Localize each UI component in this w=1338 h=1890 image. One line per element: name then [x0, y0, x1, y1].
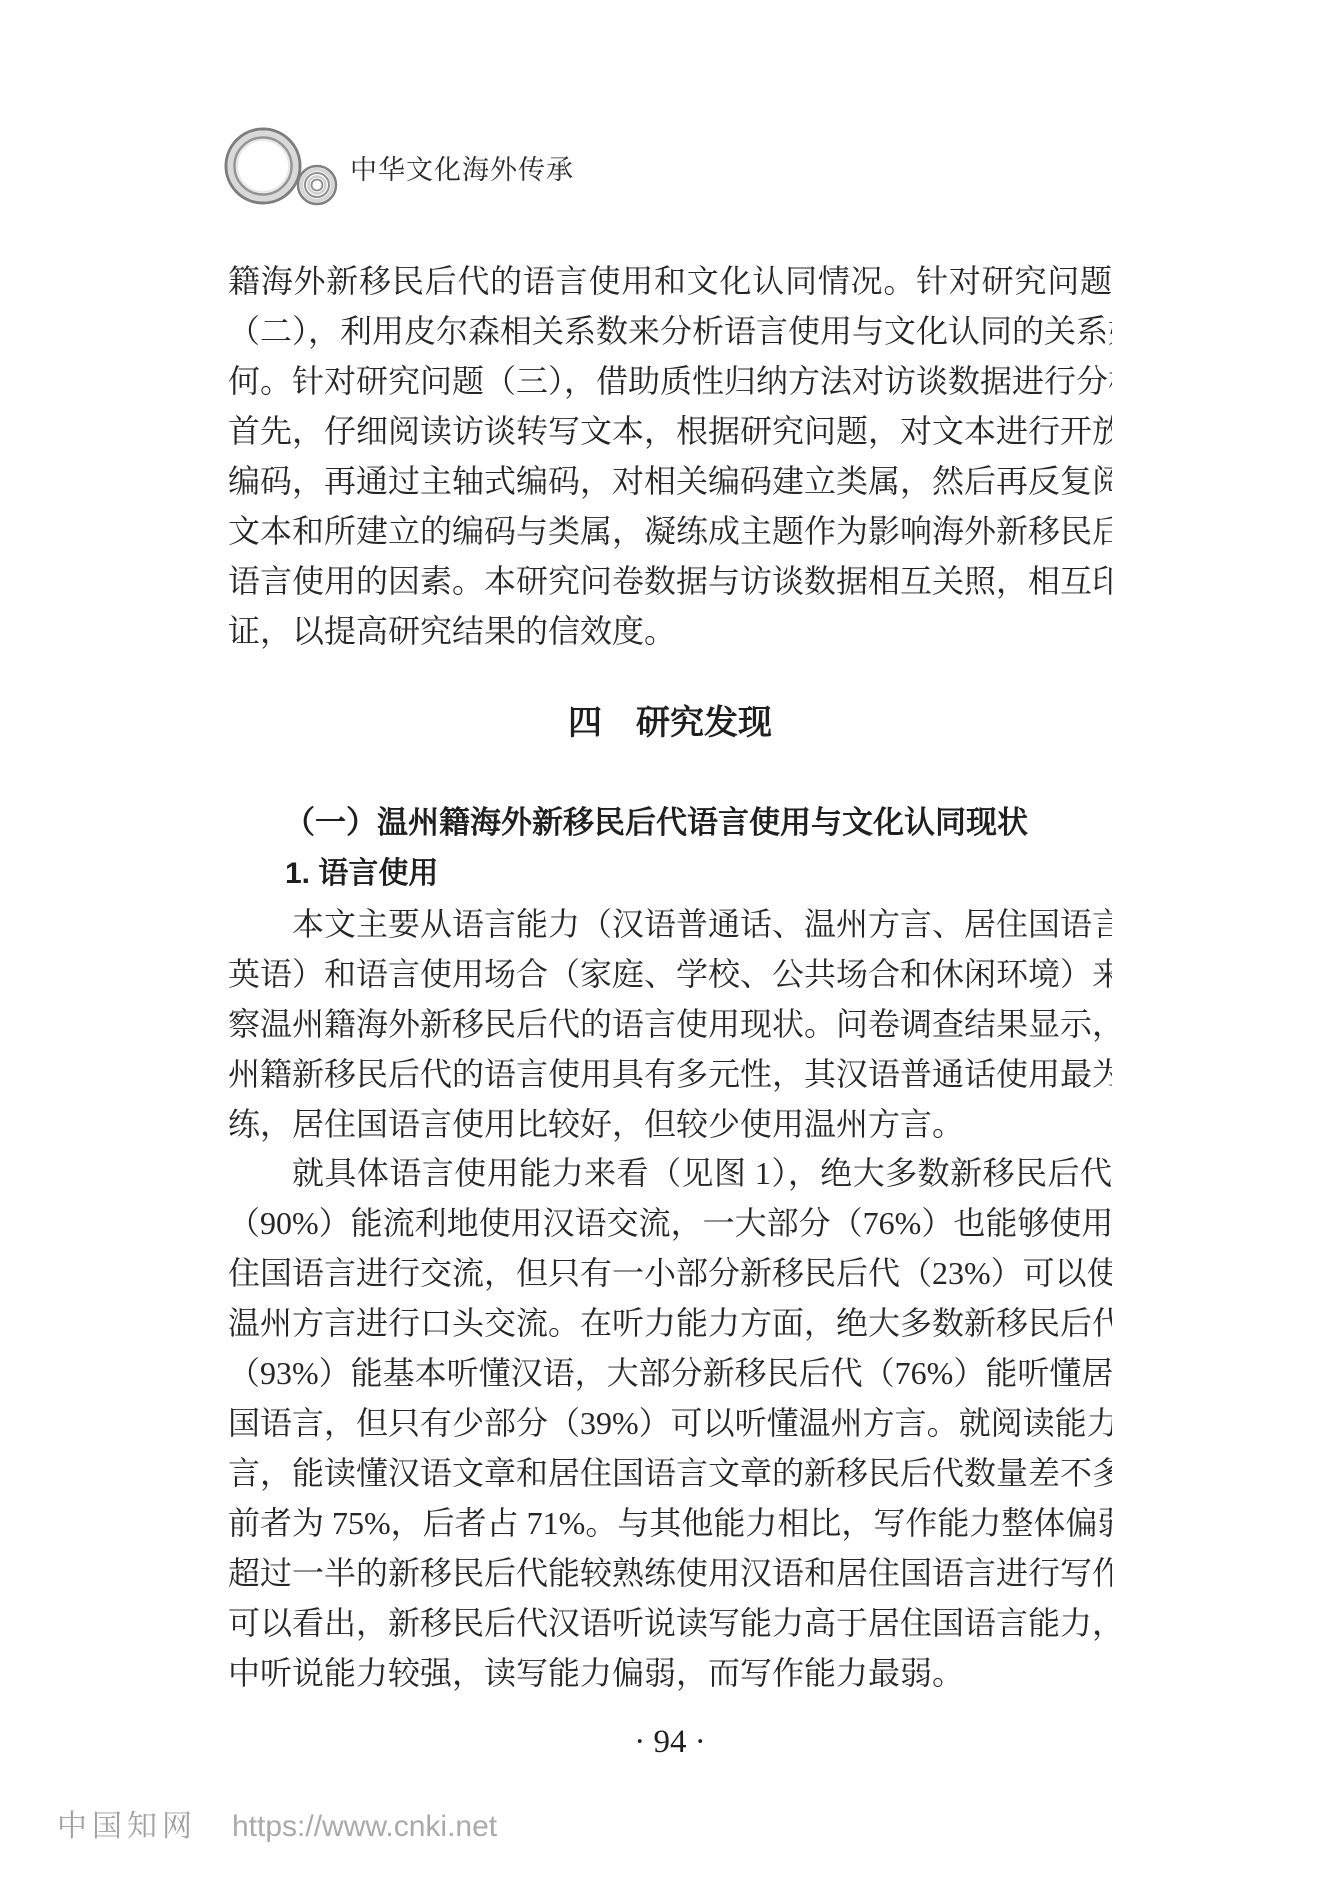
text-line: 本文主要从语言能力（汉语普通话、温州方言、居住国语言、 — [228, 899, 1112, 949]
rings-logo-icon — [223, 125, 343, 210]
text-line: 语言使用的因素。本研究问卷数据与访谈数据相互关照，相互印 — [228, 556, 1112, 606]
text-line: （90%）能流利地使用汉语交流，一大部分（76%）也能够使用居 — [228, 1198, 1112, 1248]
text-line: （93%）能基本听懂汉语，大部分新移民后代（76%）能听懂居住 — [228, 1348, 1112, 1398]
text-line: 可以看出，新移民后代汉语听说读写能力高于居住国语言能力，其 — [228, 1598, 1112, 1648]
text-line: 温州方言进行口头交流。在听力能力方面，绝大多数新移民后代 — [228, 1298, 1112, 1348]
brand-title: 中华文化海外传承 — [350, 152, 574, 188]
text-line: 国语言，但只有少部分（39%）可以听懂温州方言。就阅读能力而 — [228, 1398, 1112, 1448]
document-page: 中华文化海外传承 籍海外新移民后代的语言使用和文化认同情况。针对研究问题 （二）… — [0, 0, 1338, 1890]
text-line: 练，居住国语言使用比较好，但较少使用温州方言。 — [228, 1099, 1112, 1149]
text-line: 察温州籍海外新移民后代的语言使用现状。问卷调查结果显示，温 — [228, 999, 1112, 1049]
text-line: 前者为 75%，后者占 71%。与其他能力相比，写作能力整体偏弱， — [228, 1498, 1112, 1548]
text-line: 首先，仔细阅读访谈转写文本，根据研究问题，对文本进行开放式 — [228, 406, 1112, 456]
paragraph-detail: 就具体语言使用能力来看（见图 1），绝大多数新移民后代 （90%）能流利地使用汉… — [228, 1148, 1112, 1698]
paragraph-overview: 本文主要从语言能力（汉语普通话、温州方言、居住国语言、 英语）和语言使用场合（家… — [228, 899, 1112, 1149]
paragraph-continued: 籍海外新移民后代的语言使用和文化认同情况。针对研究问题 （二），利用皮尔森相关系… — [228, 256, 1112, 656]
text-line: 住国语言进行交流，但只有一小部分新移民后代（23%）可以使用 — [228, 1248, 1112, 1298]
text-line: 州籍新移民后代的语言使用具有多元性，其汉语普通话使用最为熟 — [228, 1049, 1112, 1099]
text-line: 证，以提高研究结果的信效度。 — [228, 606, 1112, 656]
text-line: 编码，再通过主轴式编码，对相关编码建立类属，然后再反复阅读 — [228, 456, 1112, 506]
text-line: 英语）和语言使用场合（家庭、学校、公共场合和休闲环境）来考 — [228, 949, 1112, 999]
footer-site-name: 中国知网 — [57, 1808, 197, 1846]
text-line: 籍海外新移民后代的语言使用和文化认同情况。针对研究问题 — [228, 256, 1112, 306]
footer-url: https://www.cnki.net — [232, 1808, 497, 1846]
text-line: 文本和所建立的编码与类属，凝练成主题作为影响海外新移民后代 — [228, 506, 1112, 556]
text-line: 何。针对研究问题（三），借助质性归纳方法对访谈数据进行分析。 — [228, 356, 1112, 406]
text-line: 就具体语言使用能力来看（见图 1），绝大多数新移民后代 — [228, 1148, 1112, 1198]
text-line: 言，能读懂汉语文章和居住国语言文章的新移民后代数量差不多， — [228, 1448, 1112, 1498]
text-line: 中听说能力较强，读写能力偏弱，而写作能力最弱。 — [228, 1648, 1112, 1698]
section-heading: 四 研究发现 — [228, 702, 1112, 746]
subsection-heading: （一）温州籍海外新移民后代语言使用与文化认同现状 — [228, 802, 1112, 844]
page-number: · 94 · — [228, 1722, 1112, 1762]
item-heading: 1. 语言使用 — [228, 853, 1112, 895]
text-line: （二），利用皮尔森相关系数来分析语言使用与文化认同的关系如 — [228, 306, 1112, 356]
text-line: 超过一半的新移民后代能较熟练使用汉语和居住国语言进行写作。 — [228, 1548, 1112, 1598]
